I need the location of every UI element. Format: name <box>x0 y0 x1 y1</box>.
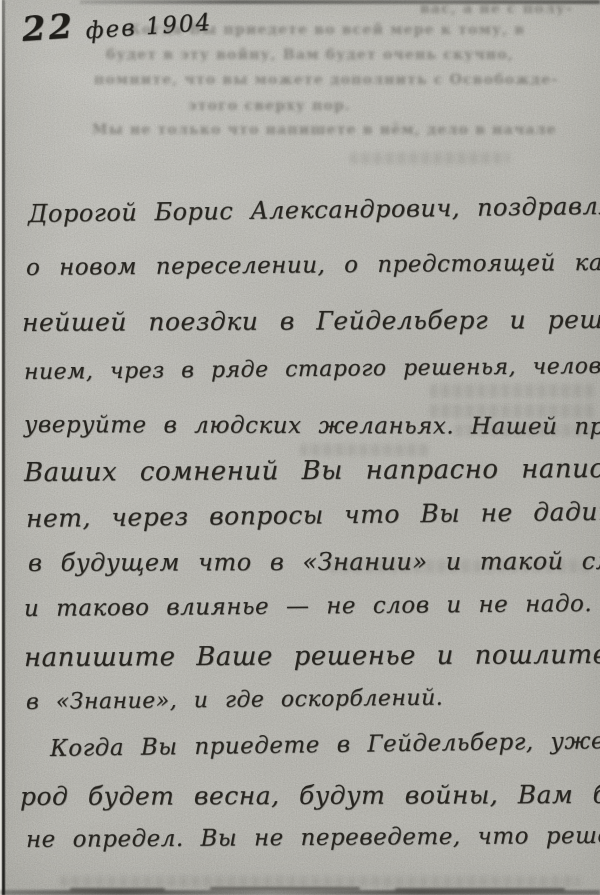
scan-bottom-streak <box>70 888 165 891</box>
showthrough-band <box>300 444 430 456</box>
handwriting-line: нет, через вопросы что Вы не дадите и <box>26 496 600 533</box>
date-day: 22 <box>21 6 77 50</box>
handwriting-line: нием, чрез в ряде старого решенья, челов… <box>24 353 600 385</box>
handwriting-line: в «Знание», и где оскорблений. <box>26 686 443 715</box>
handwriting-line: в будущем что в «Знании» и такой смысл <box>28 547 600 577</box>
printed-showthrough-line: вас, а не с полу- <box>420 1 573 17</box>
handwritten-date: 22фев 1904 <box>21 0 214 50</box>
handwriting-line: Дорогой Борис Александрович, поздравляем… <box>28 190 600 228</box>
handwriting-line: и таково влиянье — не слов и не надо. Вы <box>24 591 600 622</box>
showthrough-band <box>430 384 595 398</box>
handwriting-line: род будет весна, будут войны, Вам будет <box>20 780 600 811</box>
handwriting-line: Когда Вы приедете в Гейдельберг, уже нас <box>50 727 600 762</box>
printed-showthrough-line: Мы не только что напишете в нём, дело в … <box>92 122 557 138</box>
printed-showthrough-line: этого сверху пор. <box>188 98 351 114</box>
handwriting-line: уверуйте в людских желаньях. Нашей прежн… <box>24 412 600 440</box>
handwriting-line: Ваших сомнений Вы напрасно написали <box>24 454 600 488</box>
showthrough-band <box>350 152 510 164</box>
printed-showthrough-line: помните, что вы можете дополнить с Освоб… <box>94 72 558 88</box>
letter-page: вас, а не с полу- Когда Вы приедете во в… <box>0 0 600 895</box>
handwriting-line: не определ. Вы не переведете, что решень… <box>26 823 600 853</box>
scan-bottom-streak <box>210 887 360 890</box>
printed-showthrough-line: будет в эту войну, Вам будет очень скучн… <box>106 47 514 63</box>
date-month-year: фев 1904 <box>85 10 213 45</box>
scan-bottom-streak <box>395 888 565 891</box>
handwriting-line: нейшей поездки в Гейдельберг и реше- <box>22 305 600 337</box>
handwriting-line: напишите Ваше решенье и пошлите его <box>24 640 600 673</box>
showthrough-band <box>60 876 580 887</box>
handwriting-line: о новом переселении, о предстоящей карье… <box>26 250 600 281</box>
scan-left-edge-line <box>2 0 5 895</box>
